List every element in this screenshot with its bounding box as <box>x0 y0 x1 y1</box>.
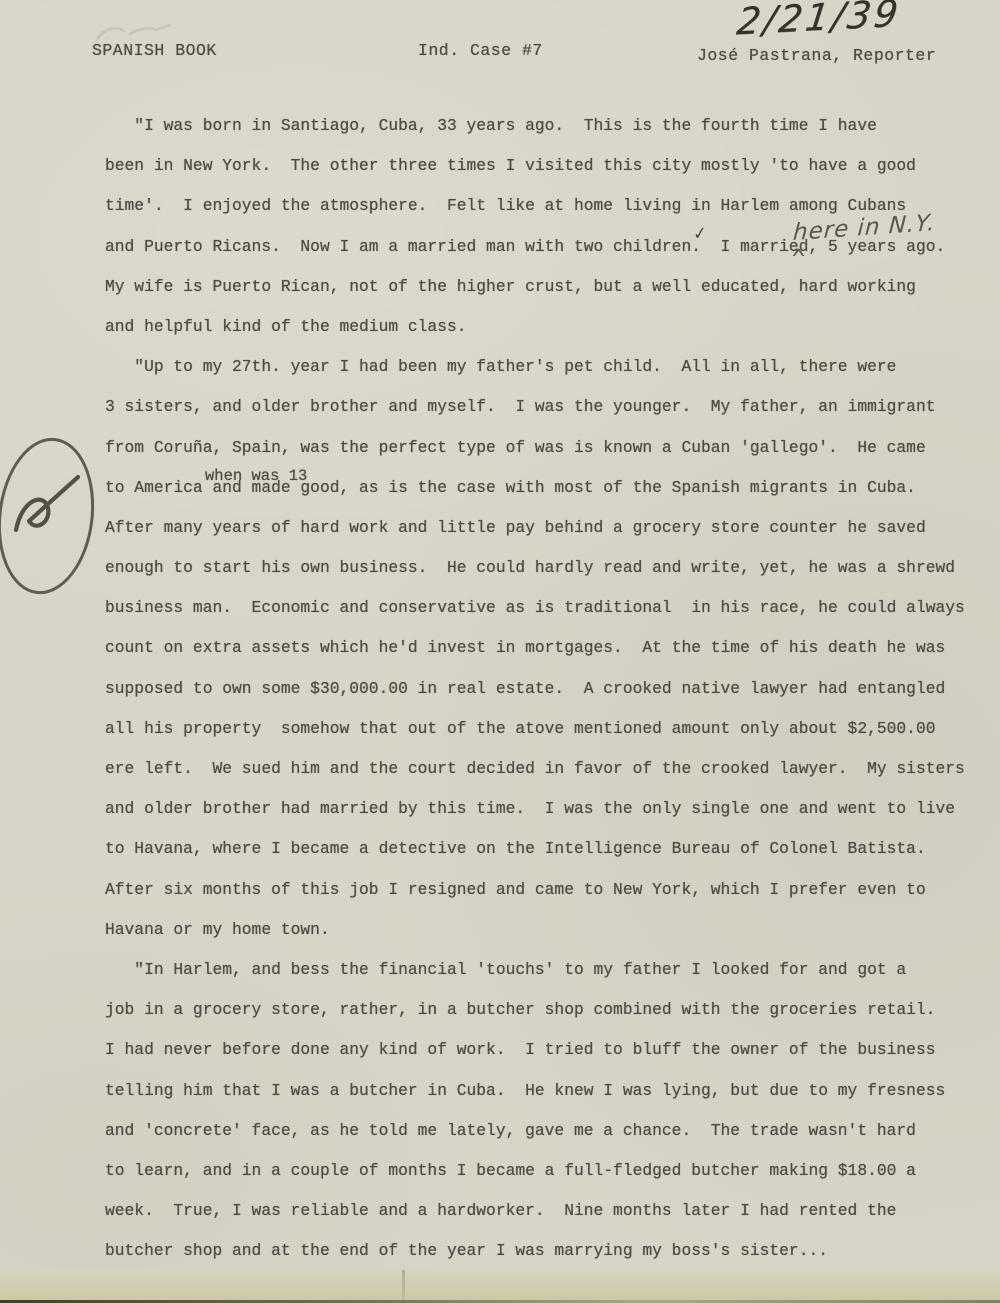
paper-crease <box>402 1270 405 1303</box>
typed-line: been in New York. The other three times … <box>105 146 985 186</box>
typed-line: butcher shop and at the end of the year … <box>105 1231 985 1271</box>
document-page: 2/21/39 SPANISH BOOK Ind. Case #7 José P… <box>0 0 1000 1303</box>
typed-line: After many years of hard work and little… <box>105 508 985 548</box>
header-reporter: José Pastrana, Reporter <box>697 46 936 65</box>
typed-line: 3 sisters, and older brother and myself.… <box>105 387 985 427</box>
typed-line: ere left. We sued him and the court deci… <box>105 749 985 789</box>
typed-line: to Havana, where I became a detective on… <box>105 829 985 869</box>
typed-line: telling him that I was a butcher in Cuba… <box>105 1071 985 1111</box>
typed-interline-insertion: when was 13 <box>205 466 307 486</box>
handwritten-date: 2/21/39 <box>734 0 903 43</box>
typed-line: "In Harlem, and bess the financial 'touc… <box>105 950 985 990</box>
typed-line: job in a grocery store, rather, in a but… <box>105 990 985 1030</box>
typed-line: and helpful kind of the medium class. <box>105 307 985 347</box>
typed-body: "I was born in Santiago, Cuba, 33 years … <box>105 106 985 1271</box>
typed-line: "I was born in Santiago, Cuba, 33 years … <box>105 106 985 146</box>
circled-margin-number <box>0 433 108 608</box>
typed-line: to learn, and in a couple of months I be… <box>105 1151 985 1191</box>
typed-line: and 'concrete' face, as he told me latel… <box>105 1111 985 1151</box>
typed-line: I had never before done any kind of work… <box>105 1030 985 1070</box>
typed-line: After six months of this job I resigned … <box>105 870 985 910</box>
typed-line: Havana or my home town. <box>105 910 985 950</box>
header-case-number: Ind. Case #7 <box>418 41 543 60</box>
typed-line: business man. Economic and conservative … <box>105 588 985 628</box>
typed-line: and older brother had married by this ti… <box>105 789 985 829</box>
typed-line: all his property somehow that out of the… <box>105 709 985 749</box>
typed-line: count on extra assets which he'd invest … <box>105 628 985 668</box>
typed-line: from Coruña, Spain, was the perfect type… <box>105 428 985 468</box>
header-title: SPANISH BOOK <box>92 41 217 60</box>
typed-line: week. True, I was reliable and a hardwor… <box>105 1191 985 1231</box>
typed-line: My wife is Puerto Rican, not of the high… <box>105 267 985 307</box>
checkmark-annotation: ✓ <box>692 223 709 245</box>
page-bottom-edge <box>0 1270 1000 1303</box>
typed-line: enough to start his own business. He cou… <box>105 548 985 588</box>
caret-annotation: ^ <box>791 244 806 276</box>
typed-line: supposed to own some $30,000.00 in real … <box>105 669 985 709</box>
typed-line: "Up to my 27th. year I had been my fathe… <box>105 347 985 387</box>
